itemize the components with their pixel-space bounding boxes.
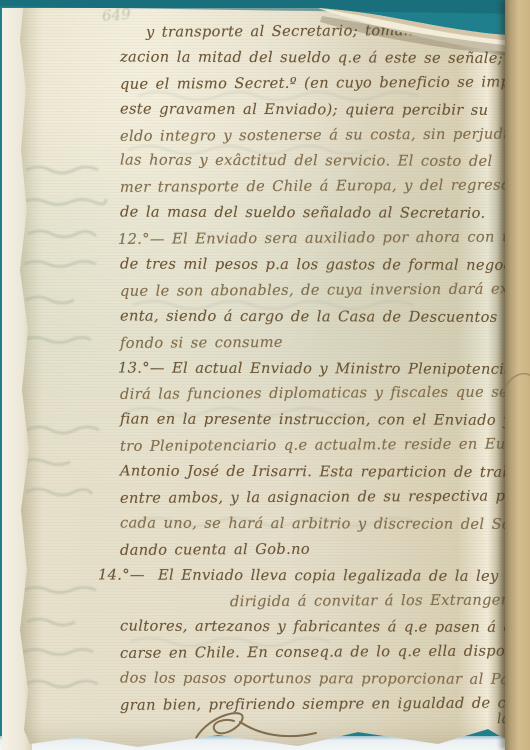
manuscript-line: Antonio José de Irisarri. Esta repartici… — [18, 458, 507, 486]
line-text: que le son abonables, de cuya inversion … — [120, 280, 507, 300]
line-text: mer transporte de Chile á Europa, y del … — [120, 177, 507, 197]
manuscript-line: cultores, artezanos y fabricantes á q.e … — [18, 614, 507, 642]
line-text: fian en la presente instruccion, con el … — [120, 411, 507, 429]
line-text: enta, siendo á cargo de la Casa de Descu… — [120, 307, 507, 326]
adjacent-page-edge — [505, 0, 530, 750]
manuscript-line: enta, siendo á cargo de la Casa de Descu… — [18, 303, 507, 331]
manuscript-line: 14.°—El Enviado lleva copia legalizada d… — [18, 562, 507, 590]
line-text: tro Plenipotenciario q.e actualm.te resi… — [120, 435, 507, 455]
manuscript-line: eldo integro y sostenerse á su costa, si… — [18, 121, 507, 150]
manuscript-line: tro Plenipotenciario q.e actualm.te resi… — [18, 432, 507, 461]
manuscript-scan: 649 — [0, 0, 530, 750]
pen-mark-curve — [501, 366, 530, 400]
manuscript-line: dos los pasos oportunos para proporciona… — [18, 665, 507, 693]
manuscript-line: de la masa del sueldo señalado al Secret… — [18, 199, 507, 227]
line-text: Antonio José de Irisarri. Esta repartici… — [120, 463, 507, 481]
manuscript-line: que le son abonables, de cuya inversion … — [18, 276, 507, 305]
section-number: 14.°— — [98, 562, 145, 588]
line-text: cultores, artezanos y fabricantes á q.e … — [120, 618, 507, 636]
manuscript-line: dirá las funciones diplomaticas y fiscal… — [18, 380, 507, 409]
manuscript-line: 13.°—El actual Enviado y Ministro Plenip… — [18, 355, 507, 383]
line-text: y transporte al Secretario; tomando p.r … — [146, 21, 507, 41]
line-text: dos los pasos oportunos para proporciona… — [120, 670, 507, 688]
line-text: zacion la mitad del sueldo q.e á este se… — [120, 48, 507, 66]
manuscript-line: este gravamen al Enviado); quiera percib… — [18, 96, 507, 124]
line-text: carse en Chile. En conseq.a de lo q.e el… — [120, 643, 507, 663]
line-text: de tres mil pesos p.a los gastos de form… — [120, 256, 507, 274]
section-number: 13.°— — [118, 355, 165, 381]
line-text: dirá las funciones diplomaticas y fiscal… — [120, 384, 507, 404]
manuscript-line: dirigida á convitar á los Extrangeros Ag — [18, 587, 507, 616]
manuscript-line: que el mismo Secret.º (en cuyo beneficio… — [18, 69, 507, 98]
line-text: las horas y exâctitud del servicio. El c… — [120, 152, 493, 170]
manuscript-line: entre ambos, y la asignacion de su respe… — [18, 484, 507, 513]
line-text: El actual Enviado y Ministro Plenipotenc… — [172, 359, 507, 377]
line-text: entre ambos, y la asignacion de su respe… — [120, 487, 507, 506]
line-text: dando cuenta al Gob.no — [120, 541, 310, 559]
line-text: dirigida á convitar á los Extrangeros Ag — [230, 591, 507, 610]
manuscript-text-block: y transporte al Secretario; tomando p.r … — [18, 19, 507, 718]
manuscript-line: las horas y exâctitud del servicio. El c… — [18, 148, 507, 176]
line-text: fondo si se consume — [120, 334, 283, 352]
line-text: que el mismo Secret.º (en cuyo beneficio… — [120, 73, 507, 92]
manuscript-line: y transporte al Secretario; tomando p.r … — [18, 18, 507, 47]
manuscript-line: fian en la presente instruccion, con el … — [18, 407, 507, 435]
manuscript-line: fondo si se consume — [18, 328, 507, 357]
manuscript-page: 649 — [18, 0, 507, 748]
manuscript-line: zacion la mitad del sueldo q.e á este se… — [18, 44, 507, 72]
line-text: este gravamen al Enviado); quiera percib… — [120, 100, 488, 118]
manuscript-line: mer transporte de Chile á Europa, y del … — [18, 173, 507, 202]
line-text: El Enviado lleva copia legalizada de la … — [158, 566, 507, 584]
line-text: cada uno, se hará al arbitrio y discreci… — [120, 514, 507, 532]
manuscript-line: carse en Chile. En conseq.a de lo q.e el… — [18, 639, 507, 668]
manuscript-line: de tres mil pesos p.a los gastos de form… — [18, 251, 507, 279]
line-text: de la masa del sueldo señalado al Secret… — [120, 204, 486, 222]
manuscript-line: cada uno, se hará al arbitrio y discreci… — [18, 510, 507, 538]
manuscript-line: 12.°—El Enviado sera auxiliado por ahora… — [18, 225, 507, 254]
line-text: eldo integro y sostenerse á su costa, si… — [120, 125, 507, 144]
line-text: El Enviado sera auxiliado por ahora con … — [172, 228, 507, 247]
section-number: 12.°— — [118, 227, 165, 253]
manuscript-line: dando cuenta al Gob.no — [18, 535, 507, 564]
